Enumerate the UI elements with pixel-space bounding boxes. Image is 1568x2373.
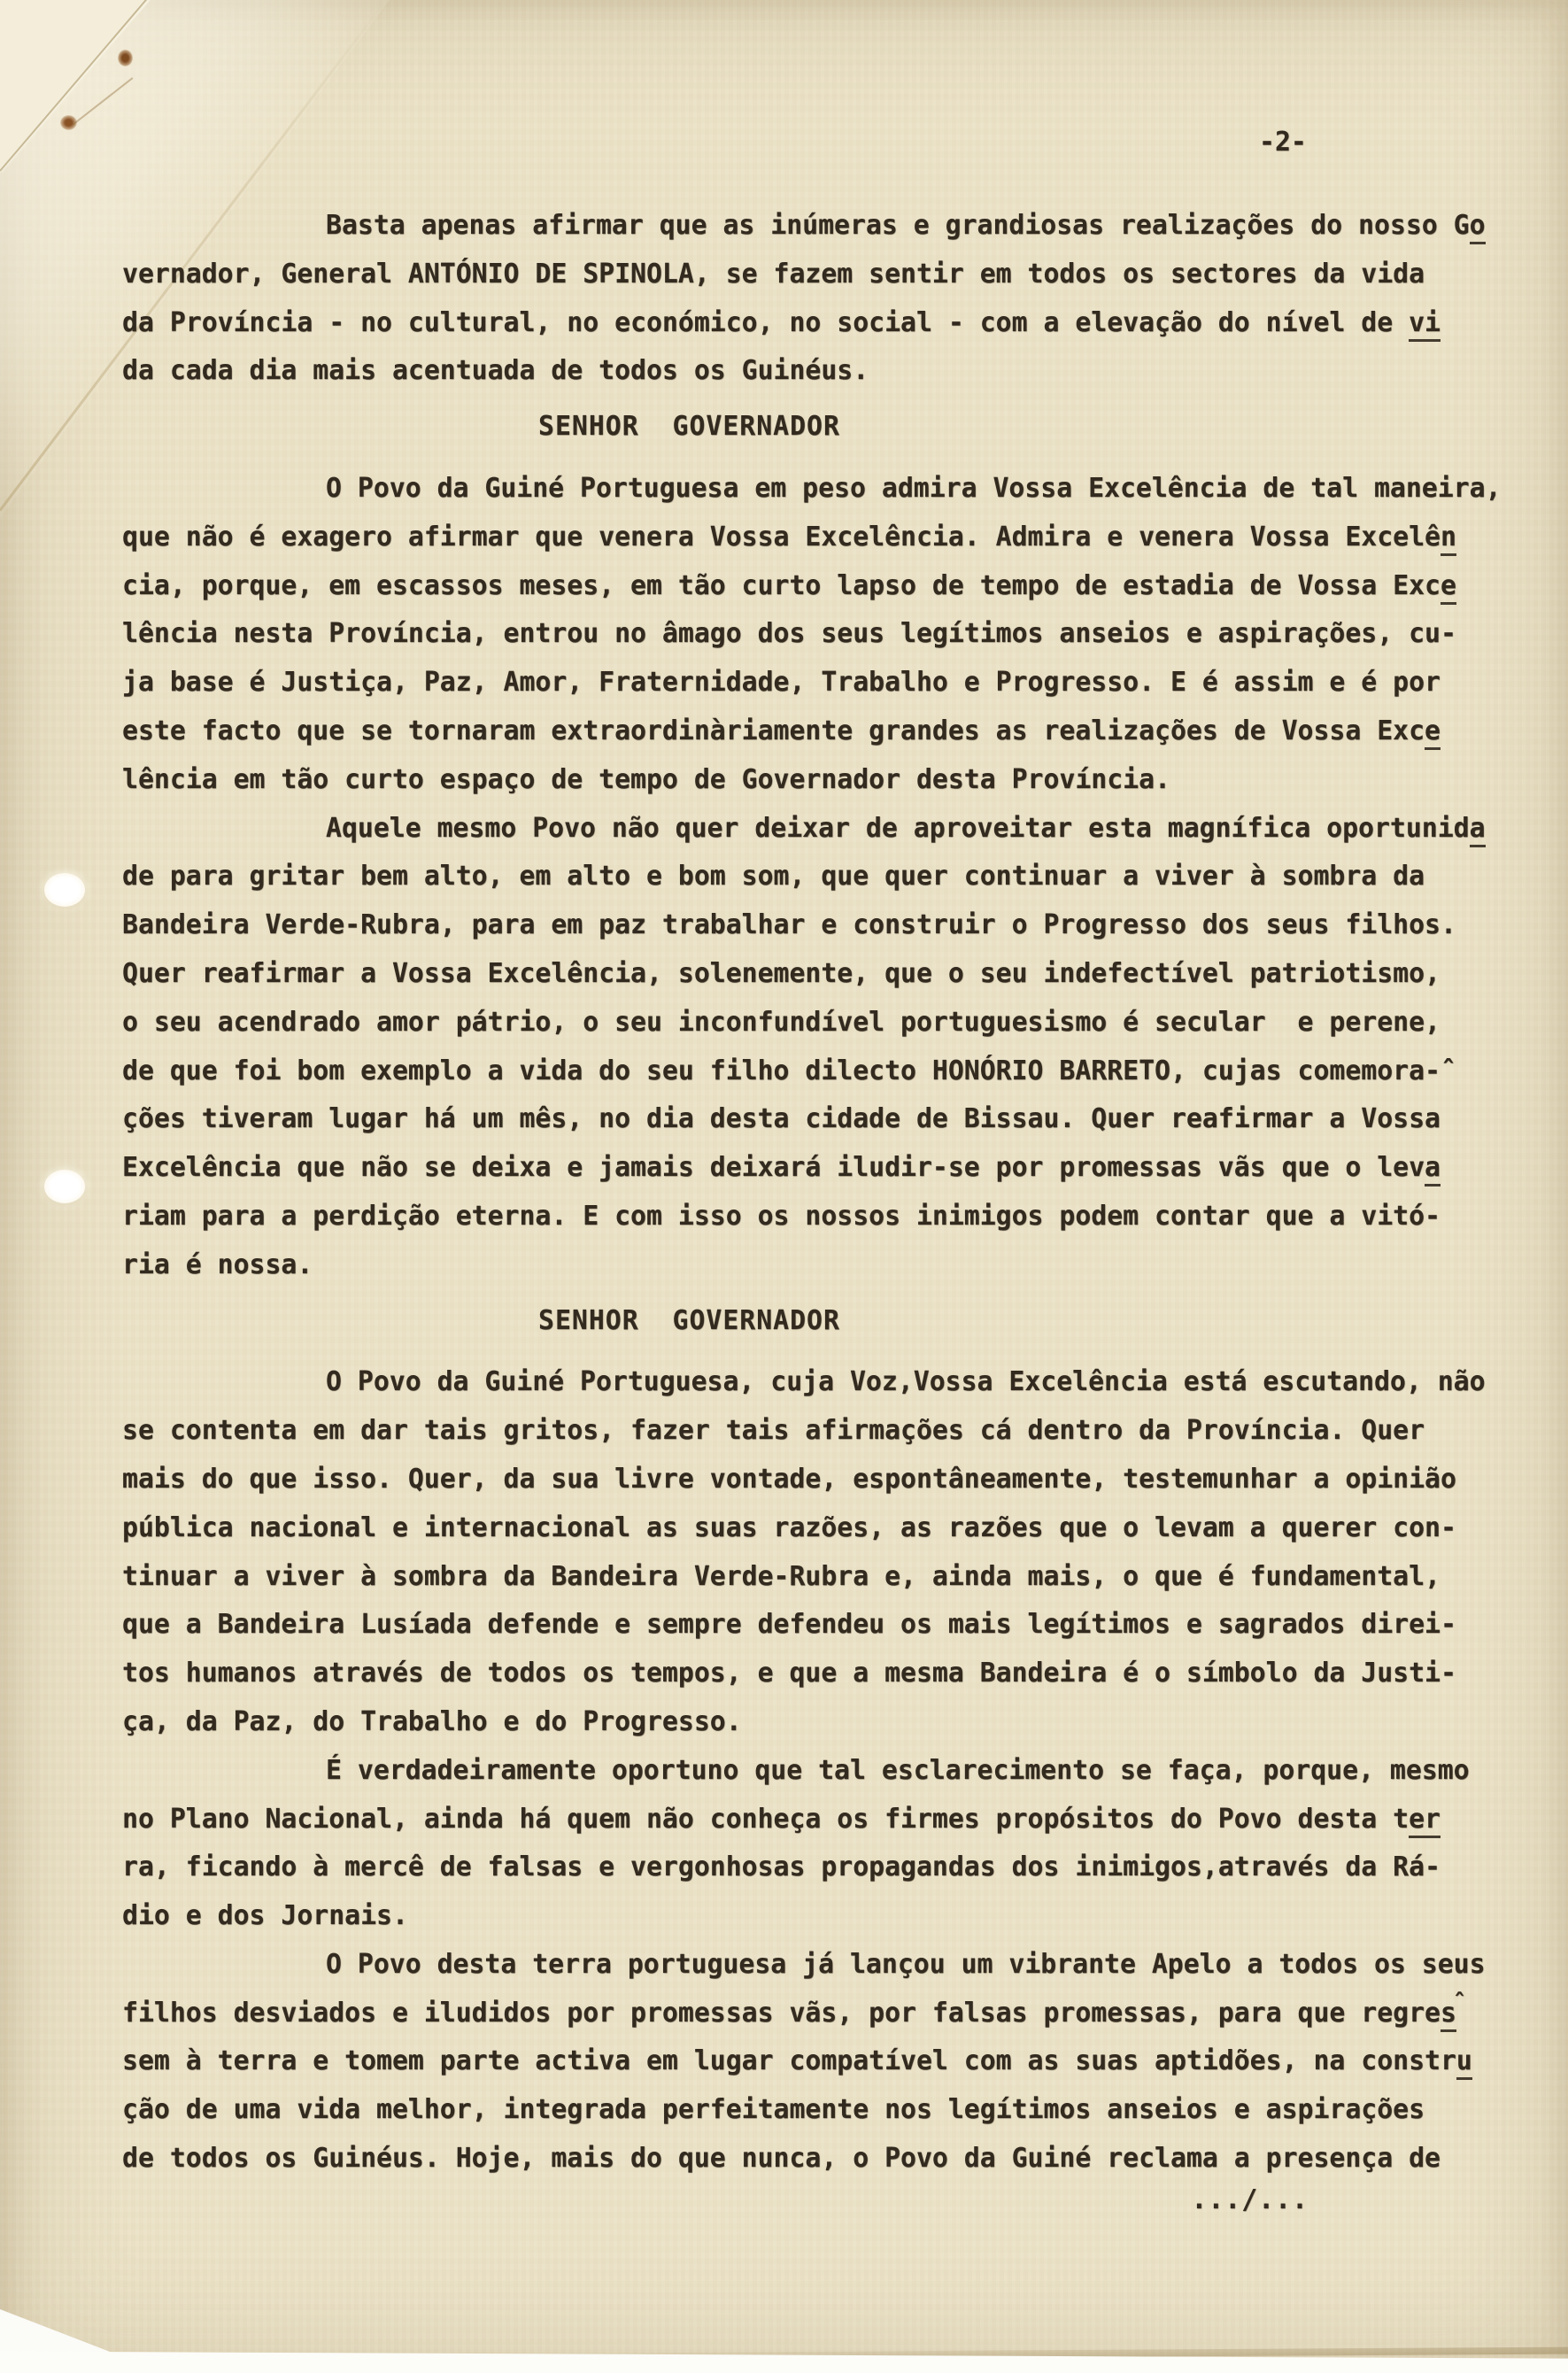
body-line: É verdadeiramente oportuno que tal escla… <box>122 1747 1495 1796</box>
body-line: ria é nossa. <box>122 1241 1495 1290</box>
body-line: Quer reafirmar a Vossa Excelência, solen… <box>122 950 1495 999</box>
body-line: cia, porque, em escassos meses, em tão c… <box>122 562 1495 611</box>
punch-hole <box>44 1170 85 1203</box>
body-line: ção de uma vida melhor, integrada perfei… <box>122 2086 1495 2135</box>
body-line: ça, da Paz, do Trabalho e do Progresso. <box>122 1698 1495 1747</box>
body-line: de que foi bom exemplo a vida do seu fil… <box>122 1047 1495 1096</box>
body-line: Aquele mesmo Povo não quer deixar de apr… <box>122 805 1495 854</box>
text-column: Basta apenas afirmar que as inúmeras e g… <box>122 202 1495 2225</box>
body-line: Bandeira Verde-Rubra, para em paz trabal… <box>122 901 1495 950</box>
page-number: -2- <box>1259 119 1307 166</box>
body-line: dio e dos Jornais. <box>122 1892 1495 1941</box>
body-line: este facto que se tornaram extraordinàri… <box>122 707 1495 756</box>
body-line: mais do que isso. Quer, da sua livre von… <box>122 1456 1495 1504</box>
body-line: pública nacional e internacional as suas… <box>122 1504 1495 1553</box>
body-line: no Plano Nacional, ainda há quem não con… <box>122 1796 1495 1844</box>
section-heading: SENHOR GOVERNADOR <box>122 403 1495 452</box>
body-line: de para gritar bem alto, em alto e bom s… <box>122 853 1495 901</box>
body-line: tinuar a viver à sombra da Bandeira Verd… <box>122 1553 1495 1602</box>
body-line: lência nesta Província, entrou no âmago … <box>122 610 1495 659</box>
body-line: da Província - no cultural, no económico… <box>122 299 1495 348</box>
body-line: ra, ficando à mercê de falsas e vergonho… <box>122 1844 1495 1892</box>
rust-stain <box>118 50 133 66</box>
body-line: o seu acendrado amor pátrio, o seu incon… <box>122 999 1495 1047</box>
body-line: O Povo desta terra portuguesa já lançou … <box>122 1941 1495 1990</box>
body-line: que não é exagero afirmar que venera Vos… <box>122 514 1495 562</box>
body-line: sem à terra e tomem parte activa em luga… <box>122 2037 1495 2086</box>
punch-hole <box>44 873 85 907</box>
body-line: ções tiveram lugar há um mês, no dia des… <box>122 1095 1495 1144</box>
body-line: vernador, General ANTÓNIO DE SPINOLA, se… <box>122 251 1495 299</box>
body-line: O Povo da Guiné Portuguesa, cuja Voz,Vos… <box>122 1358 1495 1407</box>
body-line: Basta apenas afirmar que as inúmeras e g… <box>122 202 1495 251</box>
body-line: ja base é Justiça, Paz, Amor, Fraternida… <box>122 659 1495 707</box>
continuation-mark: .../... <box>122 2176 1495 2225</box>
scan-background-strip <box>0 2343 1568 2373</box>
section-heading: SENHOR GOVERNADOR <box>122 1297 1495 1346</box>
body-line: tos humanos através de todos os tempos, … <box>122 1650 1495 1698</box>
body-line: Excelência que não se deixa e jamais dei… <box>122 1144 1495 1193</box>
body-line: da cada dia mais acentuada de todos os G… <box>122 347 1495 396</box>
body-line: que a Bandeira Lusíada defende e sempre … <box>122 1601 1495 1650</box>
body-line: filhos desviados e iludidos por promessa… <box>122 1990 1495 2038</box>
body-line: O Povo da Guiné Portuguesa em peso admir… <box>122 465 1495 514</box>
body-line: riam para a perdição eterna. E com isso … <box>122 1193 1495 1241</box>
typewritten-page-scan: -2- Basta apenas afirmar que as inúmeras… <box>0 0 1568 2373</box>
body-line: lência em tão curto espaço de tempo de G… <box>122 756 1495 805</box>
body-line: se contenta em dar tais gritos, fazer ta… <box>122 1407 1495 1456</box>
